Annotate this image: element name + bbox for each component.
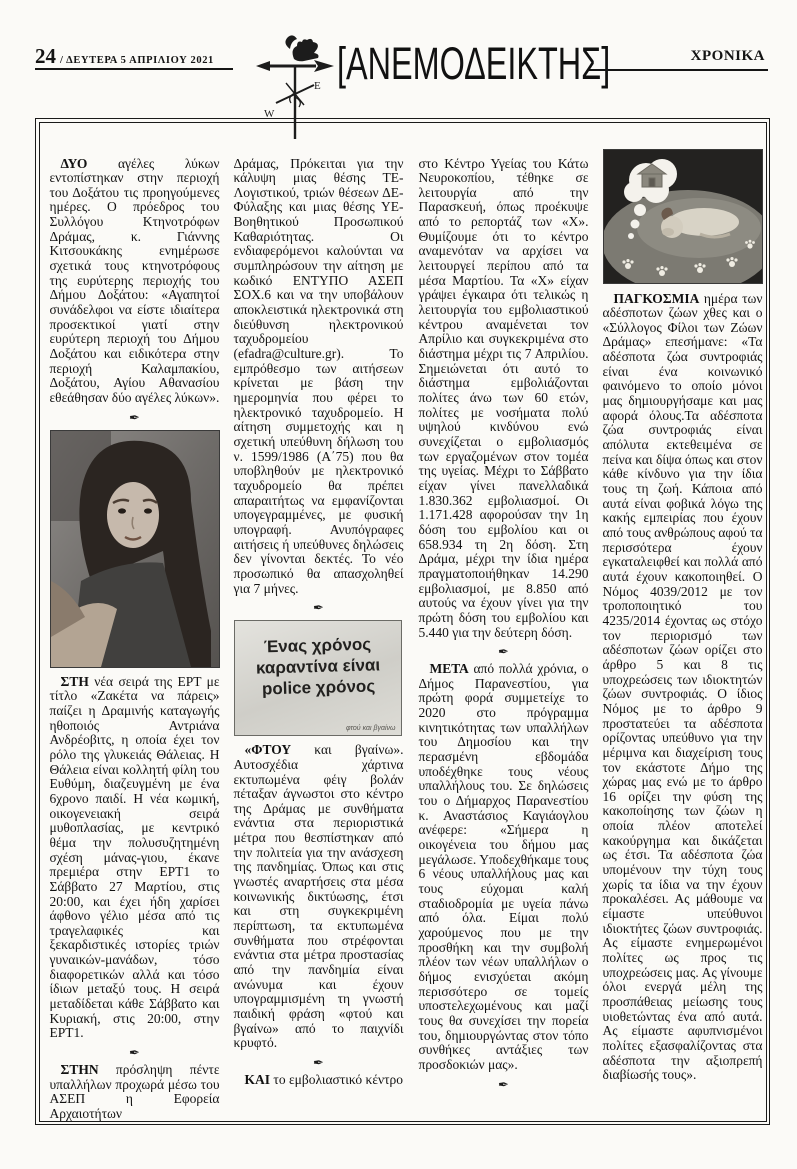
article-stray-animals: ΠΑΓΚΟΣΜΙΑ ημέρα των αδέσποτων ζώων χθες … [603, 292, 763, 1083]
pen-dingbat-icon: ✒ [50, 1044, 220, 1061]
pen-dingbat-icon: ✒ [419, 1076, 589, 1093]
header-rule-right [588, 69, 768, 71]
article-wolves: ΔΥΟ αγέλες λύκων εντοπίστηκαν στην περιο… [50, 157, 220, 406]
quarantine-flyer-photo: Ένας χρόνος καραντίνα είναι police χρόνο… [234, 620, 402, 736]
article-paranesti: ΜΕΤΑ από πολλά χρόνια, ο Δήμος Παρανεστί… [419, 662, 589, 1072]
column-4: ΠΑΓΚΟΣΜΙΑ ημέρα των αδέσποτων ζώων χθες … [603, 157, 763, 1083]
column-1: ΔΥΟ αγέλες λύκων εντοπίστηκαν στην περιο… [50, 157, 220, 1122]
page-date: / ΔΕΥΤΕΡΑ 5 ΑΠΡΙΛΙΟΥ 2021 [60, 55, 214, 66]
column-3: στο Κέντρο Υγείας του Κάτω Νευροκοπίου, … [419, 157, 589, 1095]
header-rule-left [35, 68, 233, 70]
column-masthead-title: [ΑΝΕΜΟΔΕΙΚΤΗΣ] [337, 38, 610, 90]
sleeping-dog-photo [603, 149, 763, 284]
pen-dingbat-icon: ✒ [50, 409, 220, 426]
page-header-left: 24 / ΔΕΥΤΕΡΑ 5 ΑΠΡΙΛΙΟΥ 2021 [35, 44, 214, 69]
flyer-caption: φτού και βγαίνω [346, 725, 396, 732]
article-vaccination-start: ΚΑΙ το εμβολιαστικό κέντρο [234, 1073, 404, 1088]
article-ftou-flyers: «ΦΤΟΥ και βγαίνω». Αυτοσχέδια χάρτινα εκ… [234, 743, 404, 1051]
article-asep-hiring-continued: Δράμας, Πρόκειται για την κάλυψη μιας θέ… [234, 157, 404, 597]
page-frame: ΔΥΟ αγέλες λύκων εντοπίστηκαν στην περιο… [35, 118, 770, 1125]
pen-dingbat-icon: ✒ [419, 643, 589, 660]
compass-west-letter: W [264, 108, 275, 120]
actress-portrait-photo [50, 430, 220, 668]
section-label: ΧΡΟΝΙΚΑ [691, 48, 765, 65]
pen-dingbat-icon: ✒ [234, 1054, 404, 1071]
page-number: 24 [35, 44, 56, 68]
pen-dingbat-icon: ✒ [234, 599, 404, 616]
article-ert-series: ΣΤΗ νέα σειρά της ΕΡΤ με τίτλο «Ζακέτα ν… [50, 675, 220, 1041]
article-asep-hiring: ΣΤΗΝ πρόσληψη πέντε υπαλλήλων προχωρά μέ… [50, 1063, 220, 1121]
flyer-slogan: Ένας χρόνος καραντίνα είναι police χρόνο… [234, 633, 402, 700]
article-vaccination-continued: στο Κέντρο Υγείας του Κάτω Νευροκοπίου, … [419, 157, 589, 641]
page-frame-inner: ΔΥΟ αγέλες λύκων εντοπίστηκαν στην περιο… [39, 122, 767, 1122]
column-2: Δράμας, Πρόκειται για την κάλυψη μιας θέ… [234, 157, 404, 1088]
weathervane-icon: W E [250, 33, 346, 141]
compass-east-letter: E [314, 80, 321, 92]
